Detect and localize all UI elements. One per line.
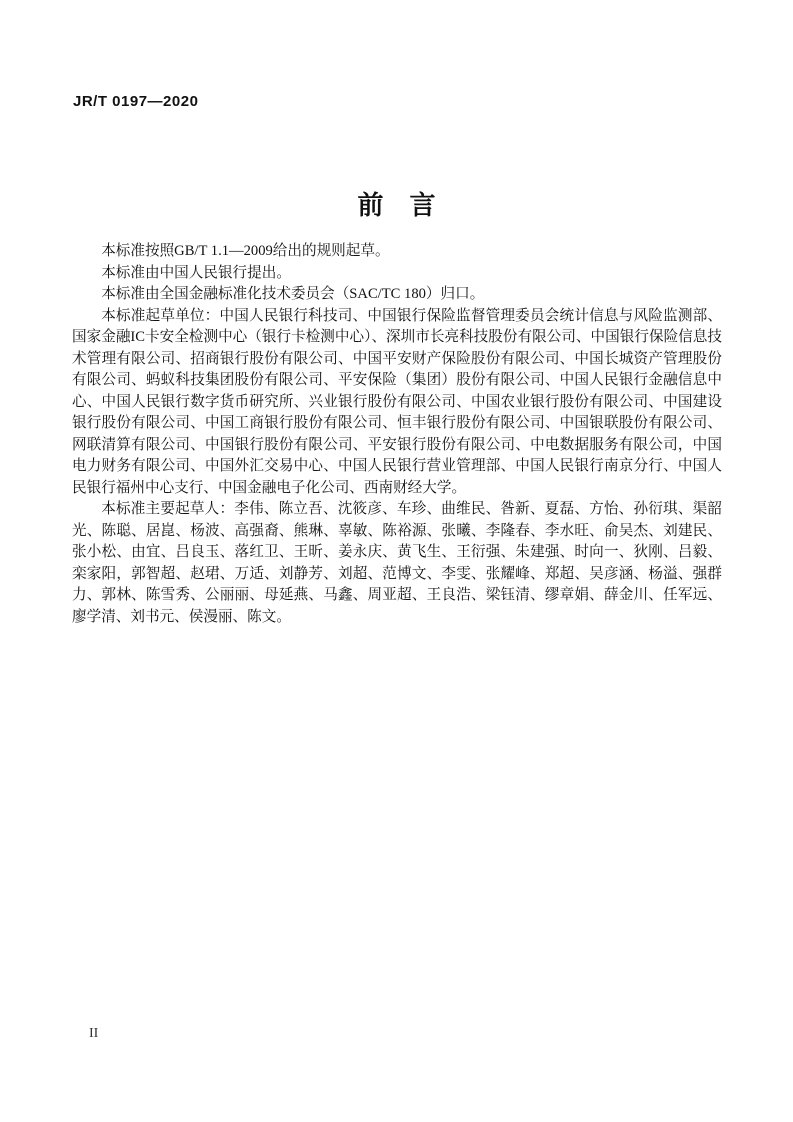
document-page: JR/T 0197—2020 前 言 本标准按照GB/T 1.1—2009给出的… <box>0 0 793 1122</box>
foreword-paragraph-drafters: 本标准主要起草人：李伟、陈立吾、沈筱彦、车珍、曲维民、昝新、夏磊、方怡、孙衍琪、… <box>72 499 722 628</box>
foreword-paragraph-committee: 本标准由全国金融标准化技术委员会（SAC/TC 180）归口。 <box>72 284 722 306</box>
standard-number: JR/T 0197—2020 <box>73 93 198 110</box>
page-number: II <box>89 1026 98 1042</box>
foreword-paragraph-proposer: 本标准由中国人民银行提出。 <box>72 263 722 285</box>
foreword-body: 本标准按照GB/T 1.1—2009给出的规则起草。 本标准由中国人民银行提出。… <box>72 241 722 628</box>
foreword-paragraph-drafting-rule: 本标准按照GB/T 1.1—2009给出的规则起草。 <box>72 241 722 263</box>
page-title: 前 言 <box>0 185 793 222</box>
foreword-paragraph-drafting-organizations: 本标准起草单位：中国人民银行科技司、中国银行保险监督管理委员会统计信息与风险监测… <box>72 306 722 500</box>
